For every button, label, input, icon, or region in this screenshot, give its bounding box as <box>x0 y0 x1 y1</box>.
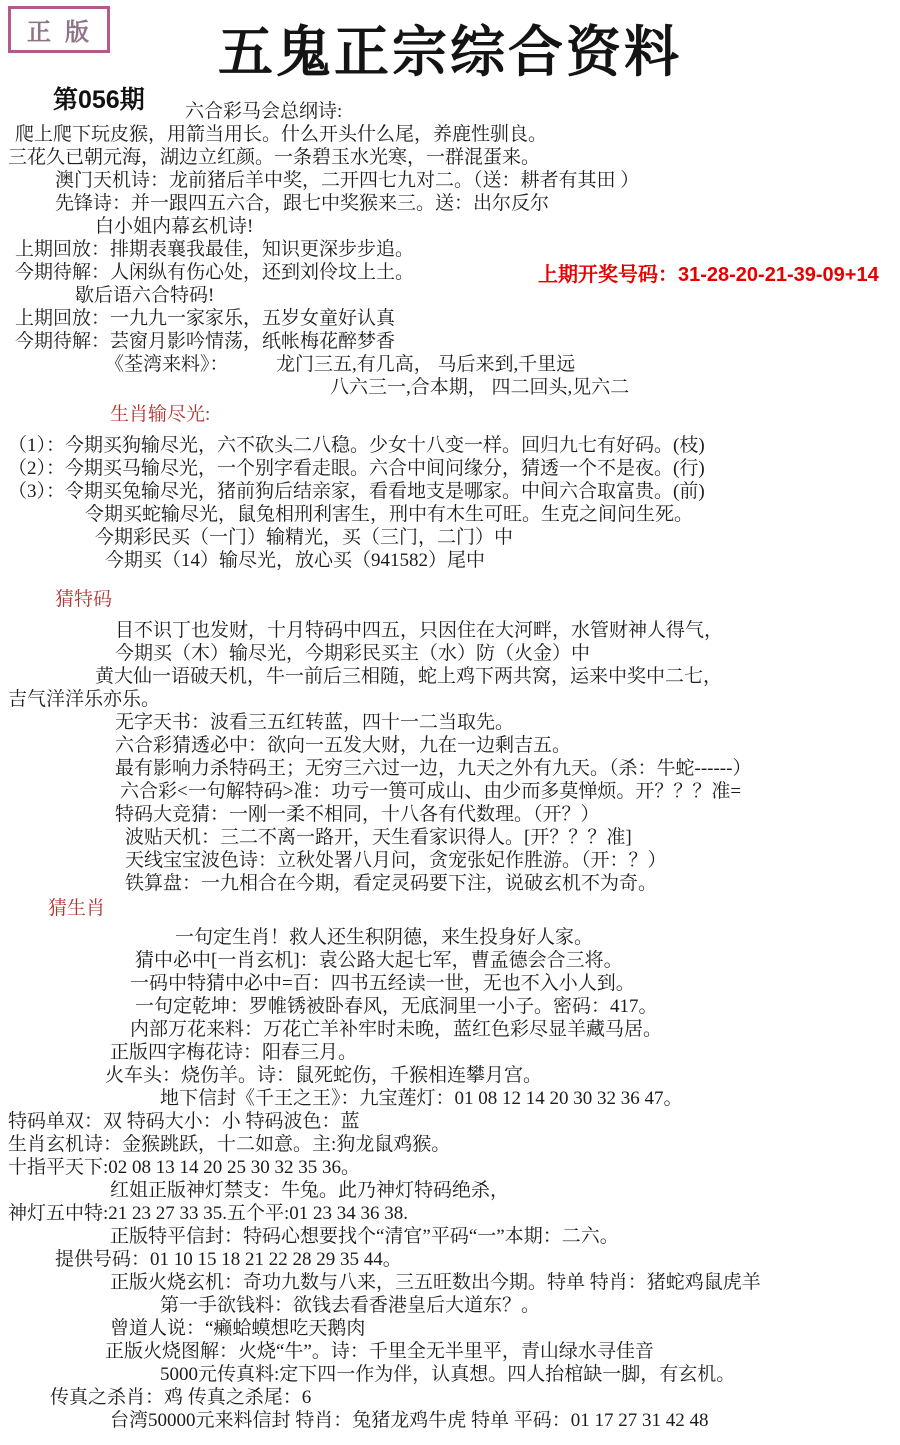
text-line: 今期买（14）输尽光，放心买（941582）尾中 <box>0 549 900 572</box>
section-header: 猜生肖 <box>0 897 900 920</box>
text-line: 5000元传真料:定下四一作为伴，认真想。四人抬棺缺一脚，有玄机。 <box>0 1363 900 1386</box>
text-line: 红姐正版神灯禁支：牛兔。此乃神灯特码绝杀， <box>0 1179 900 1202</box>
text-line: 地下信封《千王之王》：九宝莲灯：01 08 12 14 20 30 32 36 … <box>0 1087 900 1110</box>
text-line: 无字天书：波看三五红转蓝，四十一二当取先。 <box>0 711 900 734</box>
text-line: 正版火烧图解：火烧“牛”。诗：千里全无半里平，青山绿水寻佳音 <box>0 1340 900 1363</box>
text-line: 天线宝宝波色诗：立秋处署八月问，贪宠张妃作胜游。（开：？） <box>0 849 900 872</box>
text-line: 黄大仙一语破天机，牛一前后三相随，蛇上鸡下两共窝，运来中奖中二七， <box>0 665 900 688</box>
text-line: 十指平天下:02 08 13 14 20 25 30 32 35 36。 <box>0 1156 900 1179</box>
text-line: 正版火烧玄机：奇功九数与八来，三五旺数出今期。特单 特肖：猪蛇鸡鼠虎羊 <box>0 1271 900 1294</box>
text-line: 今期买（木）输尽光，今期彩民买主（水）防（火金）中 <box>0 642 900 665</box>
text-line: 内部万花来料：万花亡羊补牢时未晚，蓝红色彩尽显羊藏马居。 <box>0 1018 900 1041</box>
text-line: 提供号码：01 10 15 18 21 22 28 29 35 44。 <box>0 1248 900 1271</box>
text-line: 六合彩猜透必中：欲向一五发大财，九在一边剩吉五。 <box>0 734 900 757</box>
text-line: 猜中必中[一肖玄机]：袁公路大起七军，曹孟德会合三将。 <box>0 949 900 972</box>
text-line: 爬上爬下玩皮猴，用箭当用长。什么开头什么尾，养鹿性驯良。 <box>0 123 900 146</box>
text-line: 第一手欲钱料：欲钱去看香港皇后大道东？。 <box>0 1294 900 1317</box>
text-line: 今期待解：人闲纵有伤心处，还到刘伶坟上土。 <box>0 261 900 284</box>
text-line: 目不识丁也发财，十月特码中四五，只因住在大河畔，水管财神人得气， <box>0 619 900 642</box>
text-line: （3）：令期买兔输尽光，猪前狗后结亲家，看看地支是哪家。中间六合取富贵。(前) <box>0 480 900 503</box>
page-title: 五鬼正宗综合资料 <box>0 8 900 87</box>
text-line: 六合彩马会总纲诗: <box>0 100 900 123</box>
text-line: 澳门天机诗：龙前猪后羊中奖，二开四七九对二。（送：耕者有其田 ） <box>0 169 900 192</box>
text-line: 八六三一,合本期， 四二回头,见六二 <box>0 376 900 399</box>
text-line: 神灯五中特:21 23 27 33 35.五个平:01 23 34 36 38. <box>0 1202 900 1225</box>
text-line: 六合彩<一句解特码>准：功亏一篑可成山、由少而多莫惮烦。开？？？准= <box>0 780 900 803</box>
text-line: 先锋诗：并一跟四五六合，跟七中奖猴来三。送：出尔反尔 <box>0 192 900 215</box>
text-line: 生肖玄机诗：金猴跳跃，十二如意。主:狗龙鼠鸡猴。 <box>0 1133 900 1156</box>
text-line: 曾道人说：“癞蛤蟆想吃天鹅肉 <box>0 1317 900 1340</box>
text-line: 正版特平信封：特码心想要找个“清官”平码“一”本期：二六。 <box>0 1225 900 1248</box>
text-line: 最有影响力杀特码王；无穷三六过一边，九天之外有九天。（杀：牛蛇------） <box>0 757 900 780</box>
text-line: 一码中特猜中必中=百：四书五经读一世，无也不入小人到。 <box>0 972 900 995</box>
text-line: 特码单双：双 特码大小：小 特码波色：蓝 <box>0 1110 900 1133</box>
text-line: 三花久已朝元海，湖边立红颜。一条碧玉水光寒，一群混蛋来。 <box>0 146 900 169</box>
text-line: 今期彩民买（一门）输精光，买（三门，二门）中 <box>0 526 900 549</box>
text-line: 吉气洋洋乐亦乐。 <box>0 688 900 711</box>
text-line: 一句定乾坤：罗帷锈被卧春风，无底洞里一小子。密码：417。 <box>0 995 900 1018</box>
text-line: 白小姐内幕玄机诗! <box>0 215 900 238</box>
text-line: 火车头：烧伤羊。诗：鼠死蛇伤，千猴相连攀月宫。 <box>0 1064 900 1087</box>
text-line: 特码大竞猜：一刚一柔不相同，十八各有代数理。（开？） <box>0 803 900 826</box>
text-line: （2）：今期买马输尽光，一个别字看走眼。六合中间问缘分，猜透一个不是夜。(行) <box>0 457 900 480</box>
document-body-lines: 六合彩马会总纲诗:爬上爬下玩皮猴，用箭当用长。什么开头什么尾，养鹿性驯良。三花久… <box>0 100 900 1432</box>
text-line: 传真之杀肖：鸡 传真之杀尾：6 <box>0 1386 900 1409</box>
text-line: 今期待解：芸窗月影吟情荡，纸帐梅花醉梦香 <box>0 330 900 353</box>
text-line: 上期回放：排期表襄我最佳，知识更深步步追。 <box>0 238 900 261</box>
text-line: 波贴天机：三二不离一路开，天生看家识得人。[开？？？准] <box>0 826 900 849</box>
section-header: 生肖输尽光: <box>0 403 900 426</box>
text-line: （1）：今期买狗输尽光，六不砍头二八稳。少女十八变一样。回归九七有好码。(枝) <box>0 434 900 457</box>
text-line: 令期买蛇输尽光，鼠兔相刑利害生，刑中有木生可旺。生克之间问生死。 <box>0 503 900 526</box>
text-line: 上期回放：一九九一家家乐，五岁女童好认真 <box>0 307 900 330</box>
text-line: 一句定生肖！救人还生积阴德，来生投身好人家。 <box>0 926 900 949</box>
section-header: 猜特码 <box>0 588 900 611</box>
text-line: 歇后语六合特码! <box>0 284 900 307</box>
text-line: 铁算盘：一九相合在今期，看定灵码要下注，说破玄机不为奇。 <box>0 872 900 895</box>
text-line: 《荃湾来料》： 龙门三五,有几高， 马后来到,千里远 <box>0 353 900 376</box>
text-line: 台湾50000元来料信封 特肖：兔猪龙鸡牛虎 特单 平码：01 17 27 31… <box>0 1409 900 1432</box>
text-line: 正版四字梅花诗：阳春三月。 <box>0 1041 900 1064</box>
lottery-tips-sheet: 正版 五鬼正宗综合资料 第056期 上期开奖号码：31-28-20-21-39-… <box>0 0 900 1445</box>
